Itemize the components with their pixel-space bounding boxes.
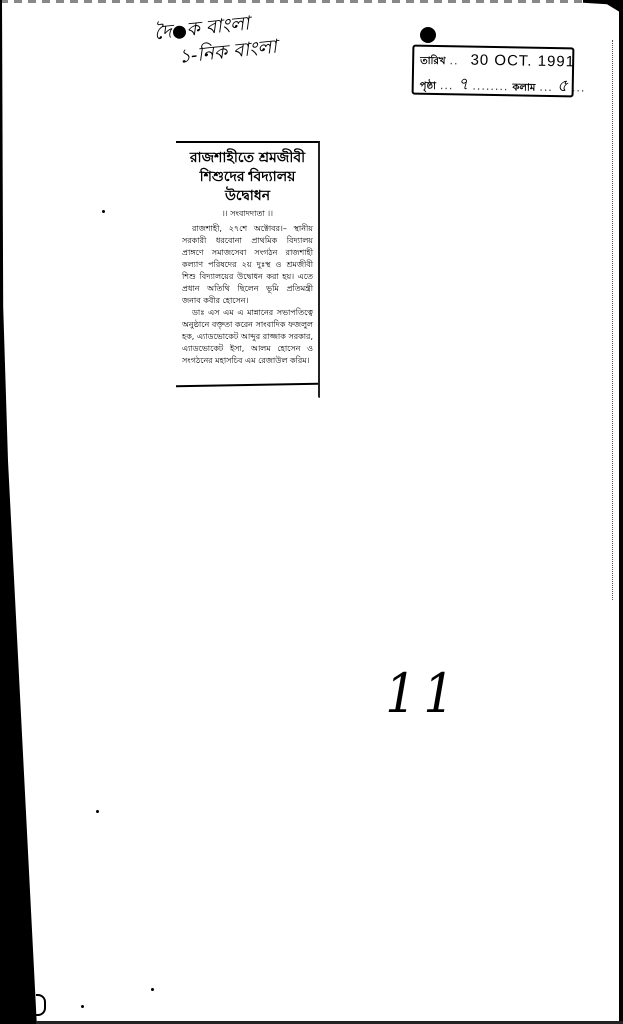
dust-speck bbox=[248, 172, 251, 175]
paper-edge-line bbox=[611, 40, 613, 600]
pen-mark bbox=[36, 994, 46, 1016]
scan-right-edge bbox=[619, 0, 623, 1024]
punch-hole bbox=[420, 27, 436, 43]
clipping-byline: ।। সংবাদদাতা ।। bbox=[182, 208, 313, 221]
paragraph: রাজশাহী, ২৭শে অক্টোবর।– স্থানীয় সরকারী … bbox=[182, 223, 313, 307]
column-value: ৫ bbox=[557, 73, 569, 101]
paragraph: ডাঃ এস এম এ মান্নানের সভাপতিত্বে অনুষ্ঠা… bbox=[182, 307, 313, 367]
dust-speck bbox=[151, 988, 154, 991]
date-value: 30 OCT. 1991 bbox=[470, 52, 575, 71]
clipping-body: রাজশাহী, ২৭শে অক্টোবর।– স্থানীয় সরকারী … bbox=[182, 223, 313, 367]
date-stamp: তারিখ .. 30 OCT. 1991 পৃষ্ঠা ... ৭ .....… bbox=[412, 45, 575, 98]
dust-speck bbox=[102, 210, 105, 213]
column-label: কলাম bbox=[512, 80, 535, 97]
dust-speck bbox=[81, 1005, 84, 1008]
torn-corner bbox=[583, 0, 623, 14]
page-label: পৃষ্ঠা bbox=[420, 79, 436, 96]
handwritten-page-mark: 11 bbox=[385, 662, 461, 725]
clipping-headline: রাজশাহীতে শ্রমজীবী শিশুদের বিদ্যালয় উদ্… bbox=[182, 149, 313, 206]
date-label: তারিখ bbox=[420, 54, 446, 71]
scan-left-shadow bbox=[0, 0, 40, 1024]
dust-speck bbox=[96, 810, 99, 813]
scan-top-edge bbox=[0, 0, 623, 3]
handwritten-source-label: দৈক বাংলা ১-নিক বাংলা bbox=[153, 8, 279, 72]
ink-blot bbox=[172, 25, 186, 39]
page-value: ৭ bbox=[457, 71, 469, 99]
scanned-page: দৈক বাংলা ১-নিক বাংলা তারিখ .. 30 OCT. 1… bbox=[0, 0, 623, 1024]
newspaper-clipping: রাজশাহীতে শ্রমজীবী শিশুদের বিদ্যালয় উদ্… bbox=[176, 141, 320, 398]
